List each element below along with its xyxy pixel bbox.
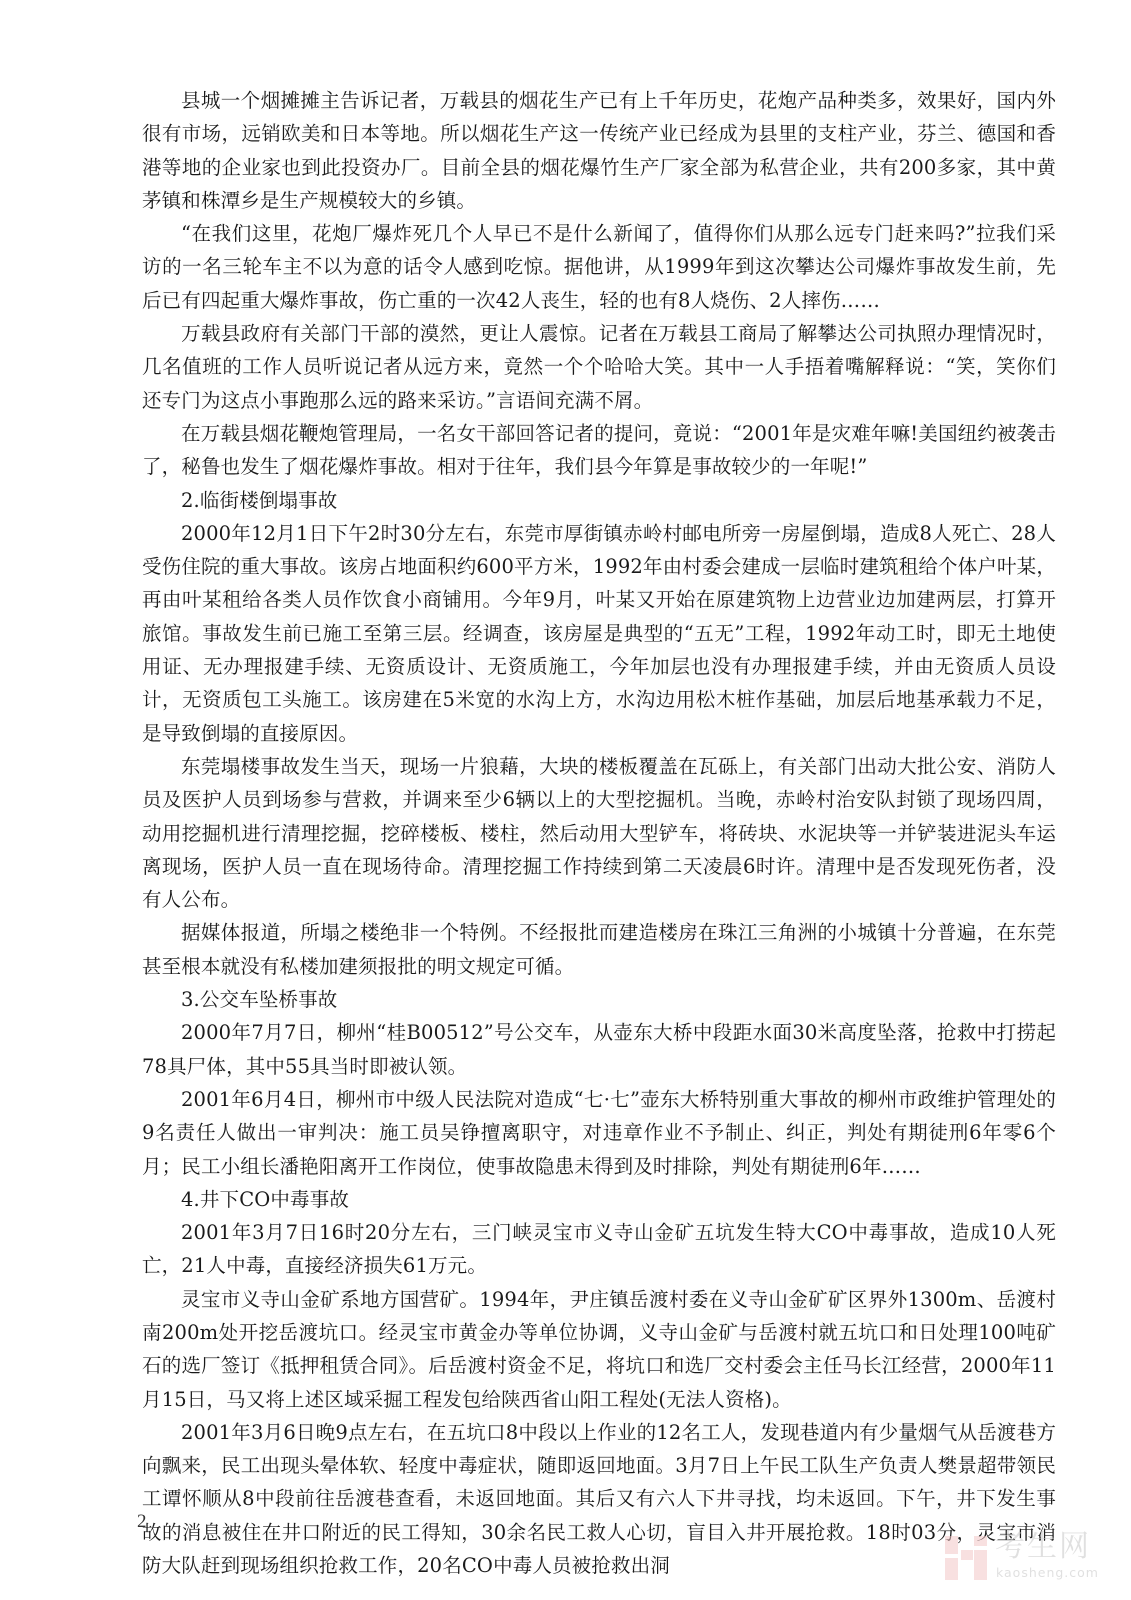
paragraph: 2001年3月6日晚9点左右，在五坑口8中段以上作业的12名工人，发现巷道内有少… (142, 1416, 1056, 1582)
document-body: 县城一个烟摊摊主告诉记者，万载县的烟花生产已有上千年历史，花炮产品种类多，效果好… (142, 84, 1056, 1582)
section-heading: 4.井下CO中毒事故 (142, 1183, 1056, 1216)
paragraph: 2001年6月4日，柳州市中级人民法院对造成“七·七”壶东大桥特别重大事故的柳州… (142, 1083, 1056, 1183)
paragraph: 在万载县烟花鞭炮管理局，一名女干部回答记者的提问，竟说：“2001年是灾难年嘛!… (142, 417, 1056, 484)
paragraph: 灵宝市义寺山金矿系地方国营矿。1994年，尹庄镇岳渡村委在义寺山金矿矿区界外13… (142, 1283, 1056, 1416)
watermark-site-name: 考生网 (995, 1530, 1091, 1564)
page-number: 2 (137, 1511, 147, 1533)
paragraph: 据媒体报道，所塌之楼绝非一个特例。不经报批而建造楼房在珠江三角洲的小城镇十分普遍… (142, 916, 1056, 983)
paragraph: 万载县政府有关部门干部的漠然，更让人震惊。记者在万载县工商局了解攀达公司执照办理… (142, 317, 1056, 417)
watermark-site-url: kaosheng.com (996, 1565, 1099, 1580)
watermark: 考生网 kaosheng.com (945, 1532, 1115, 1582)
paragraph: 2001年3月7日16时20分左右，三门峡灵宝市义寺山金矿五坑发生特大CO中毒事… (142, 1216, 1056, 1283)
section-heading: 2.临街楼倒塌事故 (142, 484, 1056, 517)
paragraph: “在我们这里，花炮厂爆炸死几个人早已不是什么新闻了，值得你们从那么远专门赶来吗?… (142, 217, 1056, 317)
paragraph: 东莞塌楼事故发生当天，现场一片狼藉，大块的楼板覆盖在瓦砾上，有关部门出动大批公安… (142, 750, 1056, 916)
paragraph: 2000年12月1日下午2时30分左右，东莞市厚街镇赤岭村邮电所旁一房屋倒塌，造… (142, 517, 1056, 750)
paragraph: 2000年7月7日，柳州“桂B00512”号公交车，从壶东大桥中段距水面30米高… (142, 1016, 1056, 1083)
paragraph: 县城一个烟摊摊主告诉记者，万载县的烟花生产已有上千年历史，花炮产品种类多，效果好… (142, 84, 1056, 217)
document-page: 县城一个烟摊摊主告诉记者，万载县的烟花生产已有上千年历史，花炮产品种类多，效果好… (0, 0, 1131, 1600)
kaosheng-logo-icon (945, 1536, 987, 1580)
section-heading: 3.公交车坠桥事故 (142, 983, 1056, 1016)
